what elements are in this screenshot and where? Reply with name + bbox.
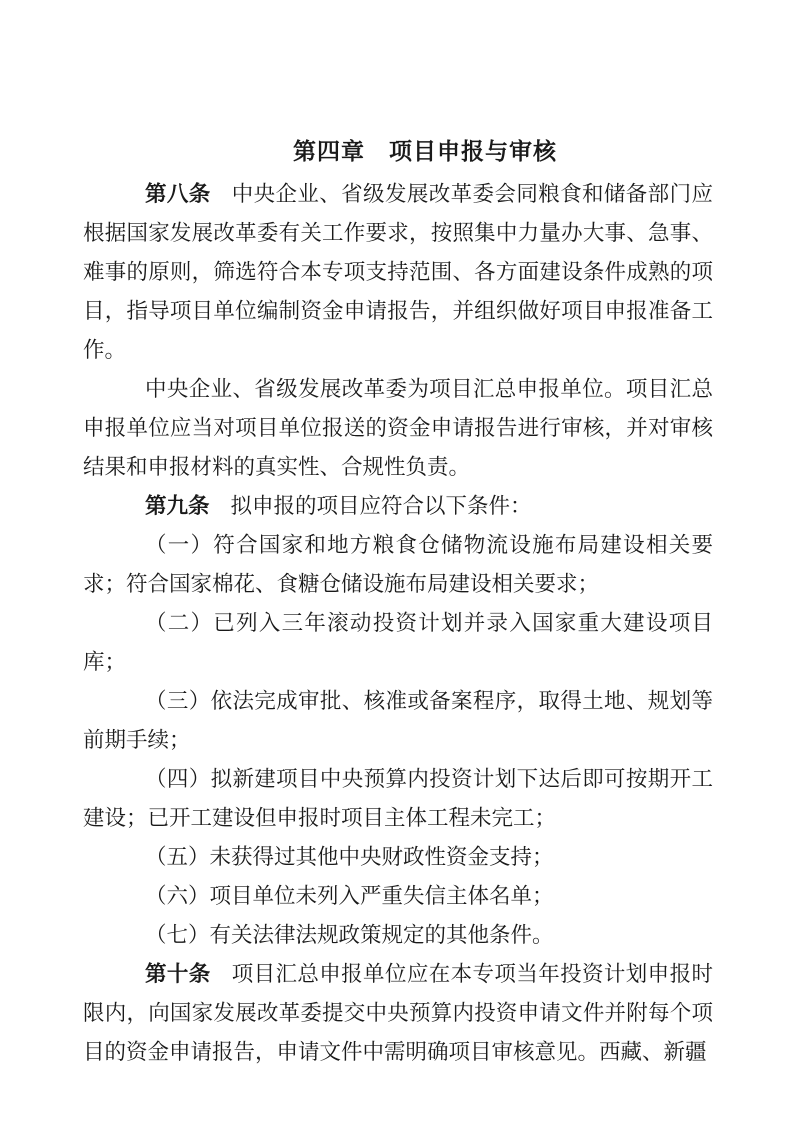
article-8-paragraph: 第八条中央企业、省级发展改革委会同粮食和储备部门应根据国家发展改革委有关工作要求… bbox=[83, 175, 713, 370]
list-item-2: （二）已列入三年滚动投资计划并录入国家重大建设项目库； bbox=[83, 604, 713, 682]
list-item-1: （一）符合国家和地方粮食仓储物流设施布局建设相关要求；符合国家棉花、食糖仓储设施… bbox=[83, 526, 713, 604]
article-9-text: 拟申报的项目应符合以下条件： bbox=[231, 494, 532, 518]
list-item-7: （七）有关法律法规政策规定的其他条件。 bbox=[83, 916, 713, 955]
list-item-4: （四）拟新建项目中央预算内投资计划下达后即可按期开工建设；已开工建设但申报时项目… bbox=[83, 760, 713, 838]
article-9-paragraph: 第九条拟申报的项目应符合以下条件： bbox=[83, 487, 713, 526]
list-item-7-text: （七）有关法律法规政策规定的其他条件。 bbox=[145, 923, 554, 947]
paragraph-reporting-unit: 中央企业、省级发展改革委为项目汇总申报单位。项目汇总申报单位应当对项目单位报送的… bbox=[83, 370, 713, 487]
document-body: 第四章 项目申报与审核 第八条中央企业、省级发展改革委会同粮食和储备部门应根据国… bbox=[83, 132, 713, 1072]
article-10-paragraph: 第十条项目汇总申报单位应在本专项当年投资计划申报时限内，向国家发展改革委提交中央… bbox=[83, 955, 713, 1072]
list-item-1-text: （一）符合国家和地方粮食仓储物流设施布局建设相关要求；符合国家棉花、食糖仓储设施… bbox=[83, 533, 713, 596]
article-8-number: 第八条 bbox=[145, 182, 211, 206]
list-item-3: （三）依法完成审批、核准或备案程序，取得土地、规划等前期手续； bbox=[83, 682, 713, 760]
list-item-6: （六）项目单位未列入严重失信主体名单； bbox=[83, 877, 713, 916]
article-8-text: 中央企业、省级发展改革委会同粮食和储备部门应根据国家发展改革委有关工作要求，按照… bbox=[83, 182, 713, 362]
article-10-number: 第十条 bbox=[145, 962, 211, 986]
list-item-6-text: （六）项目单位未列入严重失信主体名单； bbox=[145, 884, 554, 908]
list-item-2-text: （二）已列入三年滚动投资计划并录入国家重大建设项目库； bbox=[83, 611, 713, 674]
chapter-heading: 第四章 项目申报与审核 bbox=[83, 132, 713, 171]
paragraph-reporting-unit-text: 中央企业、省级发展改革委为项目汇总申报单位。项目汇总申报单位应当对项目单位报送的… bbox=[83, 377, 713, 479]
list-item-3-text: （三）依法完成审批、核准或备案程序，取得土地、规划等前期手续； bbox=[83, 689, 713, 752]
document-page: 第四章 项目申报与审核 第八条中央企业、省级发展改革委会同粮食和储备部门应根据国… bbox=[0, 0, 793, 1122]
article-9-number: 第九条 bbox=[145, 494, 210, 518]
list-item-4-text: （四）拟新建项目中央预算内投资计划下达后即可按期开工建设；已开工建设但申报时项目… bbox=[83, 767, 713, 830]
list-item-5-text: （五）未获得过其他中央财政性资金支持； bbox=[145, 845, 554, 869]
list-item-5: （五）未获得过其他中央财政性资金支持； bbox=[83, 838, 713, 877]
